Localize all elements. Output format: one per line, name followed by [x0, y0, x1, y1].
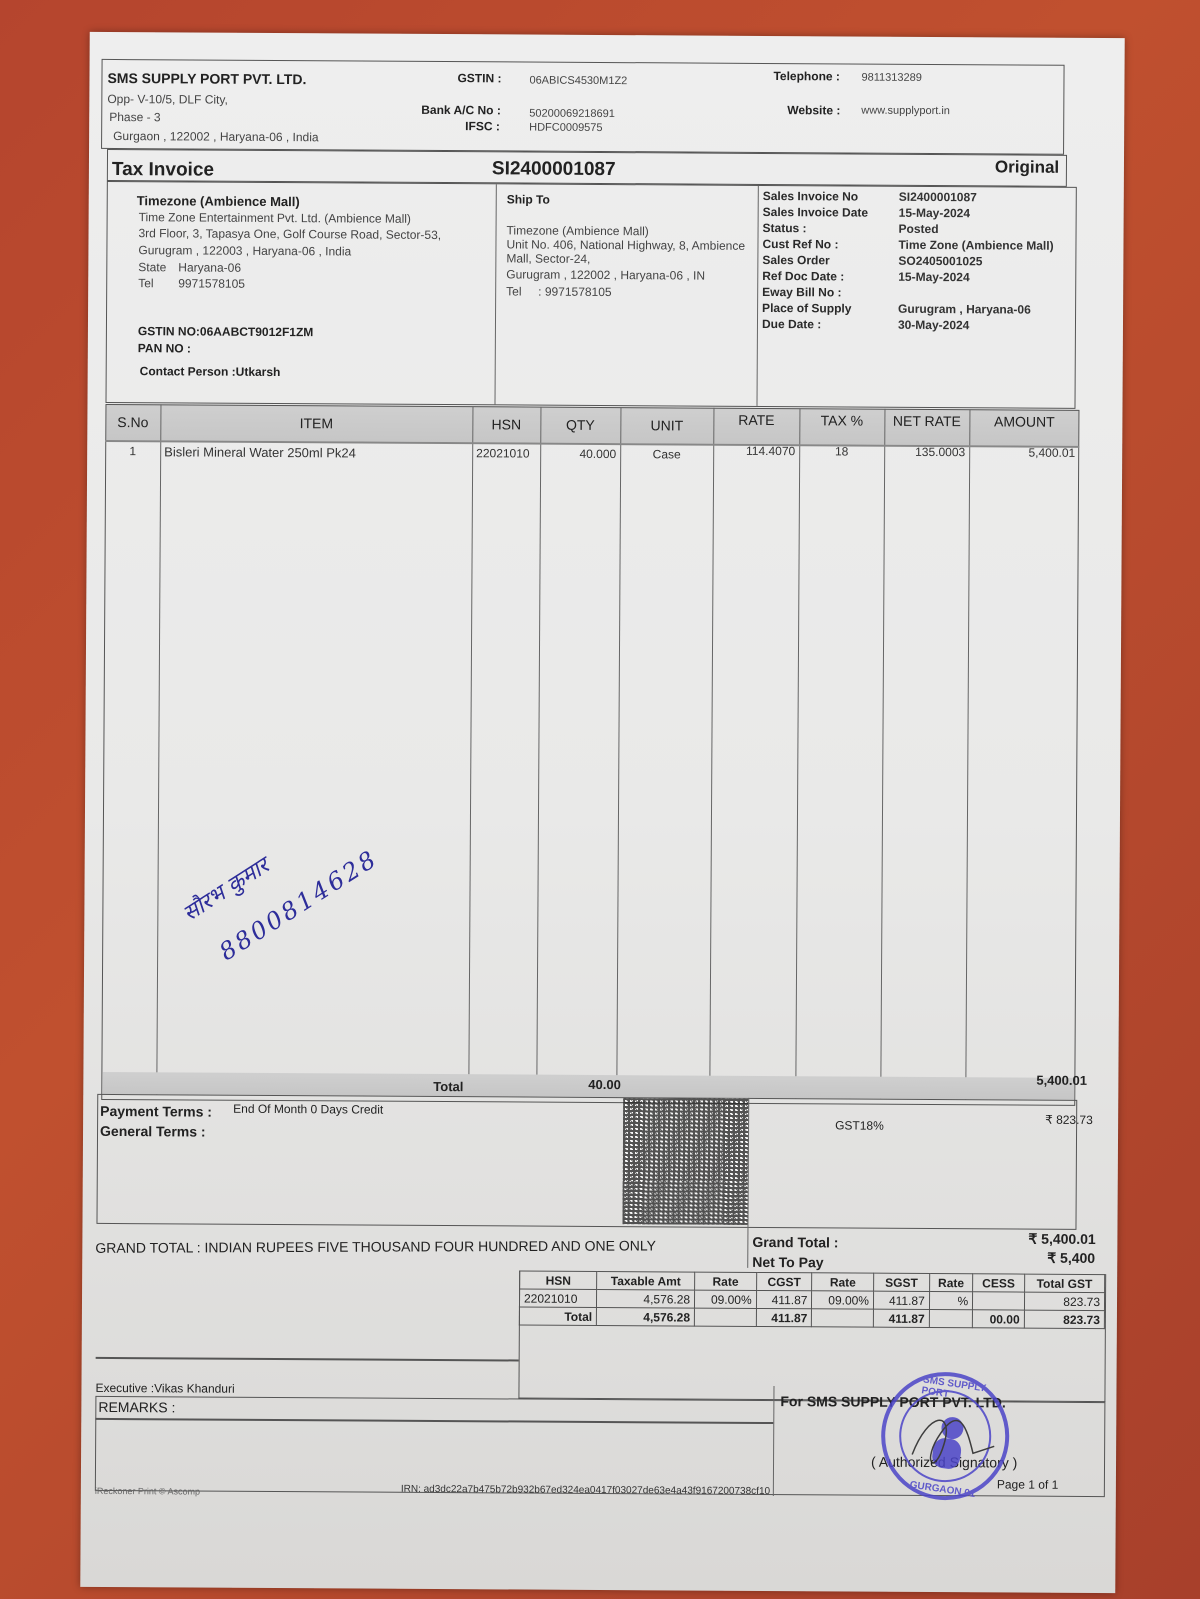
items-columns — [90, 32, 1125, 38]
gstin-value: 06ABICS4530M1Z2 — [529, 75, 627, 88]
column-header: QTY — [540, 417, 620, 433]
signature-scribble-icon — [900, 1399, 1004, 1482]
general-terms-label: General Terms : — [100, 1123, 206, 1140]
bill-to-pan: PAN NO : — [138, 341, 191, 355]
meta-label: Due Date : — [762, 317, 821, 331]
column-header: RATE — [713, 412, 799, 429]
gstin-label: GSTIN : — [457, 71, 501, 85]
meta-label: Status : — [763, 221, 807, 235]
meta-label: Sales Order — [762, 253, 829, 267]
items-table — [101, 404, 1079, 1106]
grand-total-label: Grand Total : — [752, 1234, 838, 1251]
column-header: AMOUNT — [969, 413, 1079, 430]
telephone-label: Telephone : — [773, 69, 840, 83]
table-cell: 114.4070 — [717, 444, 795, 458]
bill-to-contact: Contact Person :Utkarsh — [140, 364, 281, 379]
net-to-pay-label: Net To Pay — [752, 1254, 823, 1270]
invoice-number-title: SI2400001087 — [492, 158, 616, 181]
meta-label: Ref Doc Date : — [762, 269, 844, 284]
company-address-3: Gurgaon , 122002 , Haryana-06 , India — [113, 129, 319, 144]
total-label: Total — [433, 1079, 463, 1094]
executive-name: Executive :Vikas Khanduri — [95, 1381, 234, 1396]
telephone-value: 9811313289 — [861, 72, 921, 84]
meta-value: 15-May-2024 — [899, 206, 970, 220]
ship-to-heading: Ship To — [507, 192, 550, 206]
table-cell: 18 — [803, 444, 880, 458]
table-cell: 40.000 — [544, 447, 616, 461]
ship-to-tel: : 9971578105 — [538, 285, 611, 299]
divider — [747, 1228, 748, 1268]
remarks-label: REMARKS : — [98, 1399, 175, 1415]
company-address-2: Phase - 3 — [109, 110, 160, 124]
column-header: UNIT — [620, 417, 713, 434]
table-cell: 135.0003 — [888, 445, 965, 459]
gst-summary-value: ₹ 823.73 — [1045, 1113, 1093, 1127]
ship-to-line-2: Unit No. 406, National Highway, 8, Ambie… — [506, 237, 745, 252]
divider — [96, 1357, 519, 1361]
ship-to-tel-label: Tel — [506, 284, 521, 298]
total-qty: 40.00 — [588, 1077, 621, 1092]
column-header: TAX % — [799, 412, 884, 429]
meta-value: Posted — [899, 222, 939, 236]
table-cell: 5,400.01 — [973, 445, 1075, 460]
bill-to-name: Timezone (Ambience Mall) — [137, 193, 300, 209]
bill-to-state-label: State — [138, 260, 166, 274]
ship-to-line-3: Mall, Sector-24, — [506, 251, 590, 266]
meta-value: SO2405001025 — [898, 254, 982, 269]
items-header: S.NoITEMHSNQTYUNITRATETAX %NET RATEAMOUN… — [90, 32, 1125, 38]
gst-section-box — [518, 1270, 1106, 1402]
meta-value: 15-May-2024 — [898, 270, 969, 284]
table-cell: 22021010 — [476, 446, 536, 460]
meta-value: SI2400001087 — [899, 190, 977, 204]
table-row: 1Bisleri Mineral Water 250ml Pk242202101… — [90, 32, 1125, 38]
irn-number: IRN: ad3dc22a7b475b72b932b67ed324ea0417f… — [401, 1484, 770, 1497]
page-number: Page 1 of 1 — [997, 1477, 1058, 1491]
meta-value: 30-May-2024 — [898, 318, 969, 332]
gst-summary-label: GST18% — [835, 1118, 884, 1132]
bill-to-gstin: GSTIN NO:06AABCT9012F1ZM — [138, 324, 313, 339]
table-cell: 1 — [109, 444, 156, 458]
bill-to-tel: 9971578105 — [178, 276, 245, 290]
meta-label: Cust Ref No : — [762, 237, 838, 251]
copy-type: Original — [995, 157, 1059, 177]
invoice-paper: SMS SUPPLY PORT PVT. LTD. Opp- V-10/5, D… — [80, 32, 1124, 1593]
column-header: NET RATE — [884, 413, 969, 430]
table-cell: Case — [624, 447, 709, 462]
bill-to-state: Haryana-06 — [178, 260, 241, 274]
software-credit: iReckoner Print © Ascomp — [95, 1486, 200, 1497]
meta-value: Time Zone (Ambience Mall) — [898, 238, 1053, 253]
grand-total-words: GRAND TOTAL : INDIAN RUPEES FIVE THOUSAN… — [95, 1237, 656, 1255]
meta-value: Gurugram , Haryana-06 — [898, 302, 1031, 317]
net-to-pay-value: ₹ 5,400 — [1047, 1250, 1095, 1267]
bill-to-line-3: Gurugram , 122003 , Haryana-06 , India — [138, 243, 351, 258]
e-invoice-qr-code — [622, 1098, 748, 1225]
invoice-meta: Sales Invoice NoSI2400001087Sales Invoic… — [90, 32, 1125, 38]
bill-to-line-1: Time Zone Entertainment Pvt. Ltd. (Ambie… — [139, 210, 411, 226]
company-address-1: Opp- V-10/5, DLF City, — [107, 92, 228, 107]
column-header: S.No — [105, 414, 160, 430]
ifsc-value: HDFC0009575 — [529, 122, 602, 134]
meta-label: Sales Invoice No — [763, 189, 858, 204]
meta-label: Sales Invoice Date — [763, 205, 868, 220]
total-amount: 5,400.01 — [1036, 1073, 1087, 1088]
ifsc-label: IFSC : — [465, 119, 500, 133]
website-link[interactable]: www.supplyport.in — [861, 105, 950, 118]
website-label: Website : — [787, 103, 840, 117]
meta-label: Place of Supply — [762, 301, 851, 316]
payment-terms-value: End Of Month 0 Days Credit — [233, 1102, 383, 1117]
bill-to-tel-label: Tel — [138, 276, 153, 290]
company-name: SMS SUPPLY PORT PVT. LTD. — [107, 70, 306, 87]
meta-label: Eway Bill No : — [762, 285, 841, 299]
stamp-text-bottom: GURGAON 01 — [909, 1480, 976, 1500]
ship-to-line-1: Timezone (Ambience Mall) — [507, 223, 649, 238]
table-cell: Bisleri Mineral Water 250ml Pk24 — [164, 444, 468, 461]
bank-label: Bank A/C No : — [421, 103, 501, 117]
ship-to-line-4: Gurugram , 122002 , Haryana-06 , IN — [506, 267, 705, 282]
grand-total-value: ₹ 5,400.01 — [1028, 1231, 1095, 1248]
items-rows: 1Bisleri Mineral Water 250ml Pk242202101… — [90, 32, 1125, 38]
bank-value: 50200069218691 — [529, 108, 615, 121]
column-header: ITEM — [160, 414, 472, 432]
payment-terms-label: Payment Terms : — [100, 1103, 212, 1120]
column-header: HSN — [472, 416, 540, 432]
bill-to-line-2: 3rd Floor, 3, Tapasya One, Golf Course R… — [138, 226, 441, 242]
doc-type-title: Tax Invoice — [112, 159, 214, 182]
